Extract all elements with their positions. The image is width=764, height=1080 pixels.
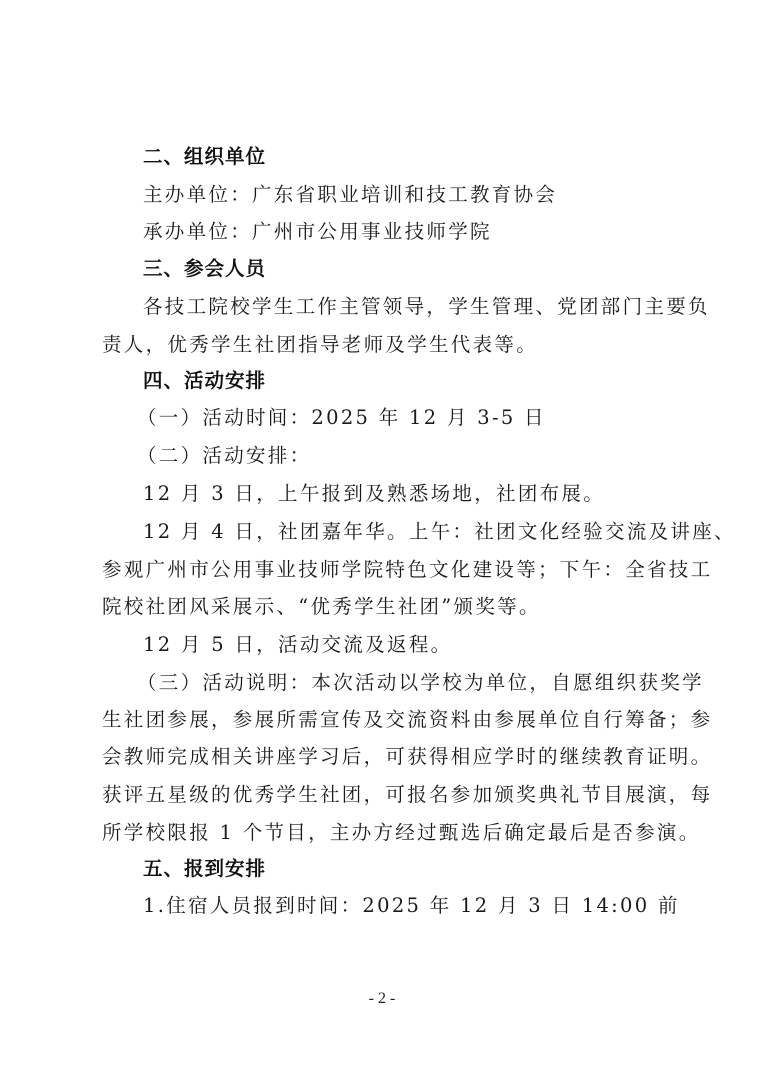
schedule-day-2-line-3: 院校社团风采展示、“优秀学生社团”颁奖等。 (102, 593, 682, 621)
attendees-paragraph-line-1: 各技工院校学生工作主管领导，学生管理、党团部门主要负 (143, 293, 723, 321)
schedule-day-3: 12 月 5 日，活动交流及返程。 (143, 631, 723, 659)
section-heading-schedule: 四、活动安排 (143, 367, 723, 395)
registration-time: 1.住宿人员报到时间：2025 年 12 月 3 日 14:00 前 (143, 892, 723, 920)
activity-arrangement-label: （二）活动安排： (137, 442, 717, 470)
section-heading-attendees: 三、参会人员 (143, 255, 723, 283)
schedule-day-2-line-1: 12 月 4 日，社团嘉年华。上午：社团文化经验交流及讲座、 (143, 518, 723, 546)
activity-notes-line-3: 会教师完成相关讲座学习后，可获得相应学时的继续教育证明。 (102, 743, 682, 771)
activity-time: （一）活动时间：2025 年 12 月 3-5 日 (137, 404, 717, 432)
activity-notes-line-1: （三）活动说明：本次活动以学校为单位，自愿组织获奖学 (137, 669, 717, 697)
host-organizer: 主办单位：广东省职业培训和技工教育协会 (143, 181, 723, 209)
activity-notes-line-2: 生社团参展，参展所需宣传及交流资料由参展单位自行筹备；参 (102, 706, 682, 734)
co-organizer: 承办单位：广州市公用事业技师学院 (143, 218, 723, 246)
activity-notes-line-4: 获评五星级的优秀学生社团，可报名参加颁奖典礼节目展演，每 (102, 781, 682, 809)
page-number: - 2 - (0, 990, 764, 1008)
schedule-day-1: 12 月 3 日，上午报到及熟悉场地，社团布展。 (143, 480, 723, 508)
section-heading-organizers: 二、组织单位 (143, 143, 723, 171)
activity-notes-line-5: 所学校限报 1 个节目，主办方经过甄选后确定最后是否参演。 (102, 819, 682, 847)
document-page: 二、组织单位 主办单位：广东省职业培训和技工教育协会 承办单位：广州市公用事业技… (0, 0, 764, 1080)
attendees-paragraph-line-2: 责人，优秀学生社团指导老师及学生代表等。 (102, 331, 682, 359)
schedule-day-2-line-2: 参观广州市公用事业技师学院特色文化建设等；下午：全省技工 (102, 556, 682, 584)
section-heading-registration: 五、报到安排 (143, 855, 723, 883)
